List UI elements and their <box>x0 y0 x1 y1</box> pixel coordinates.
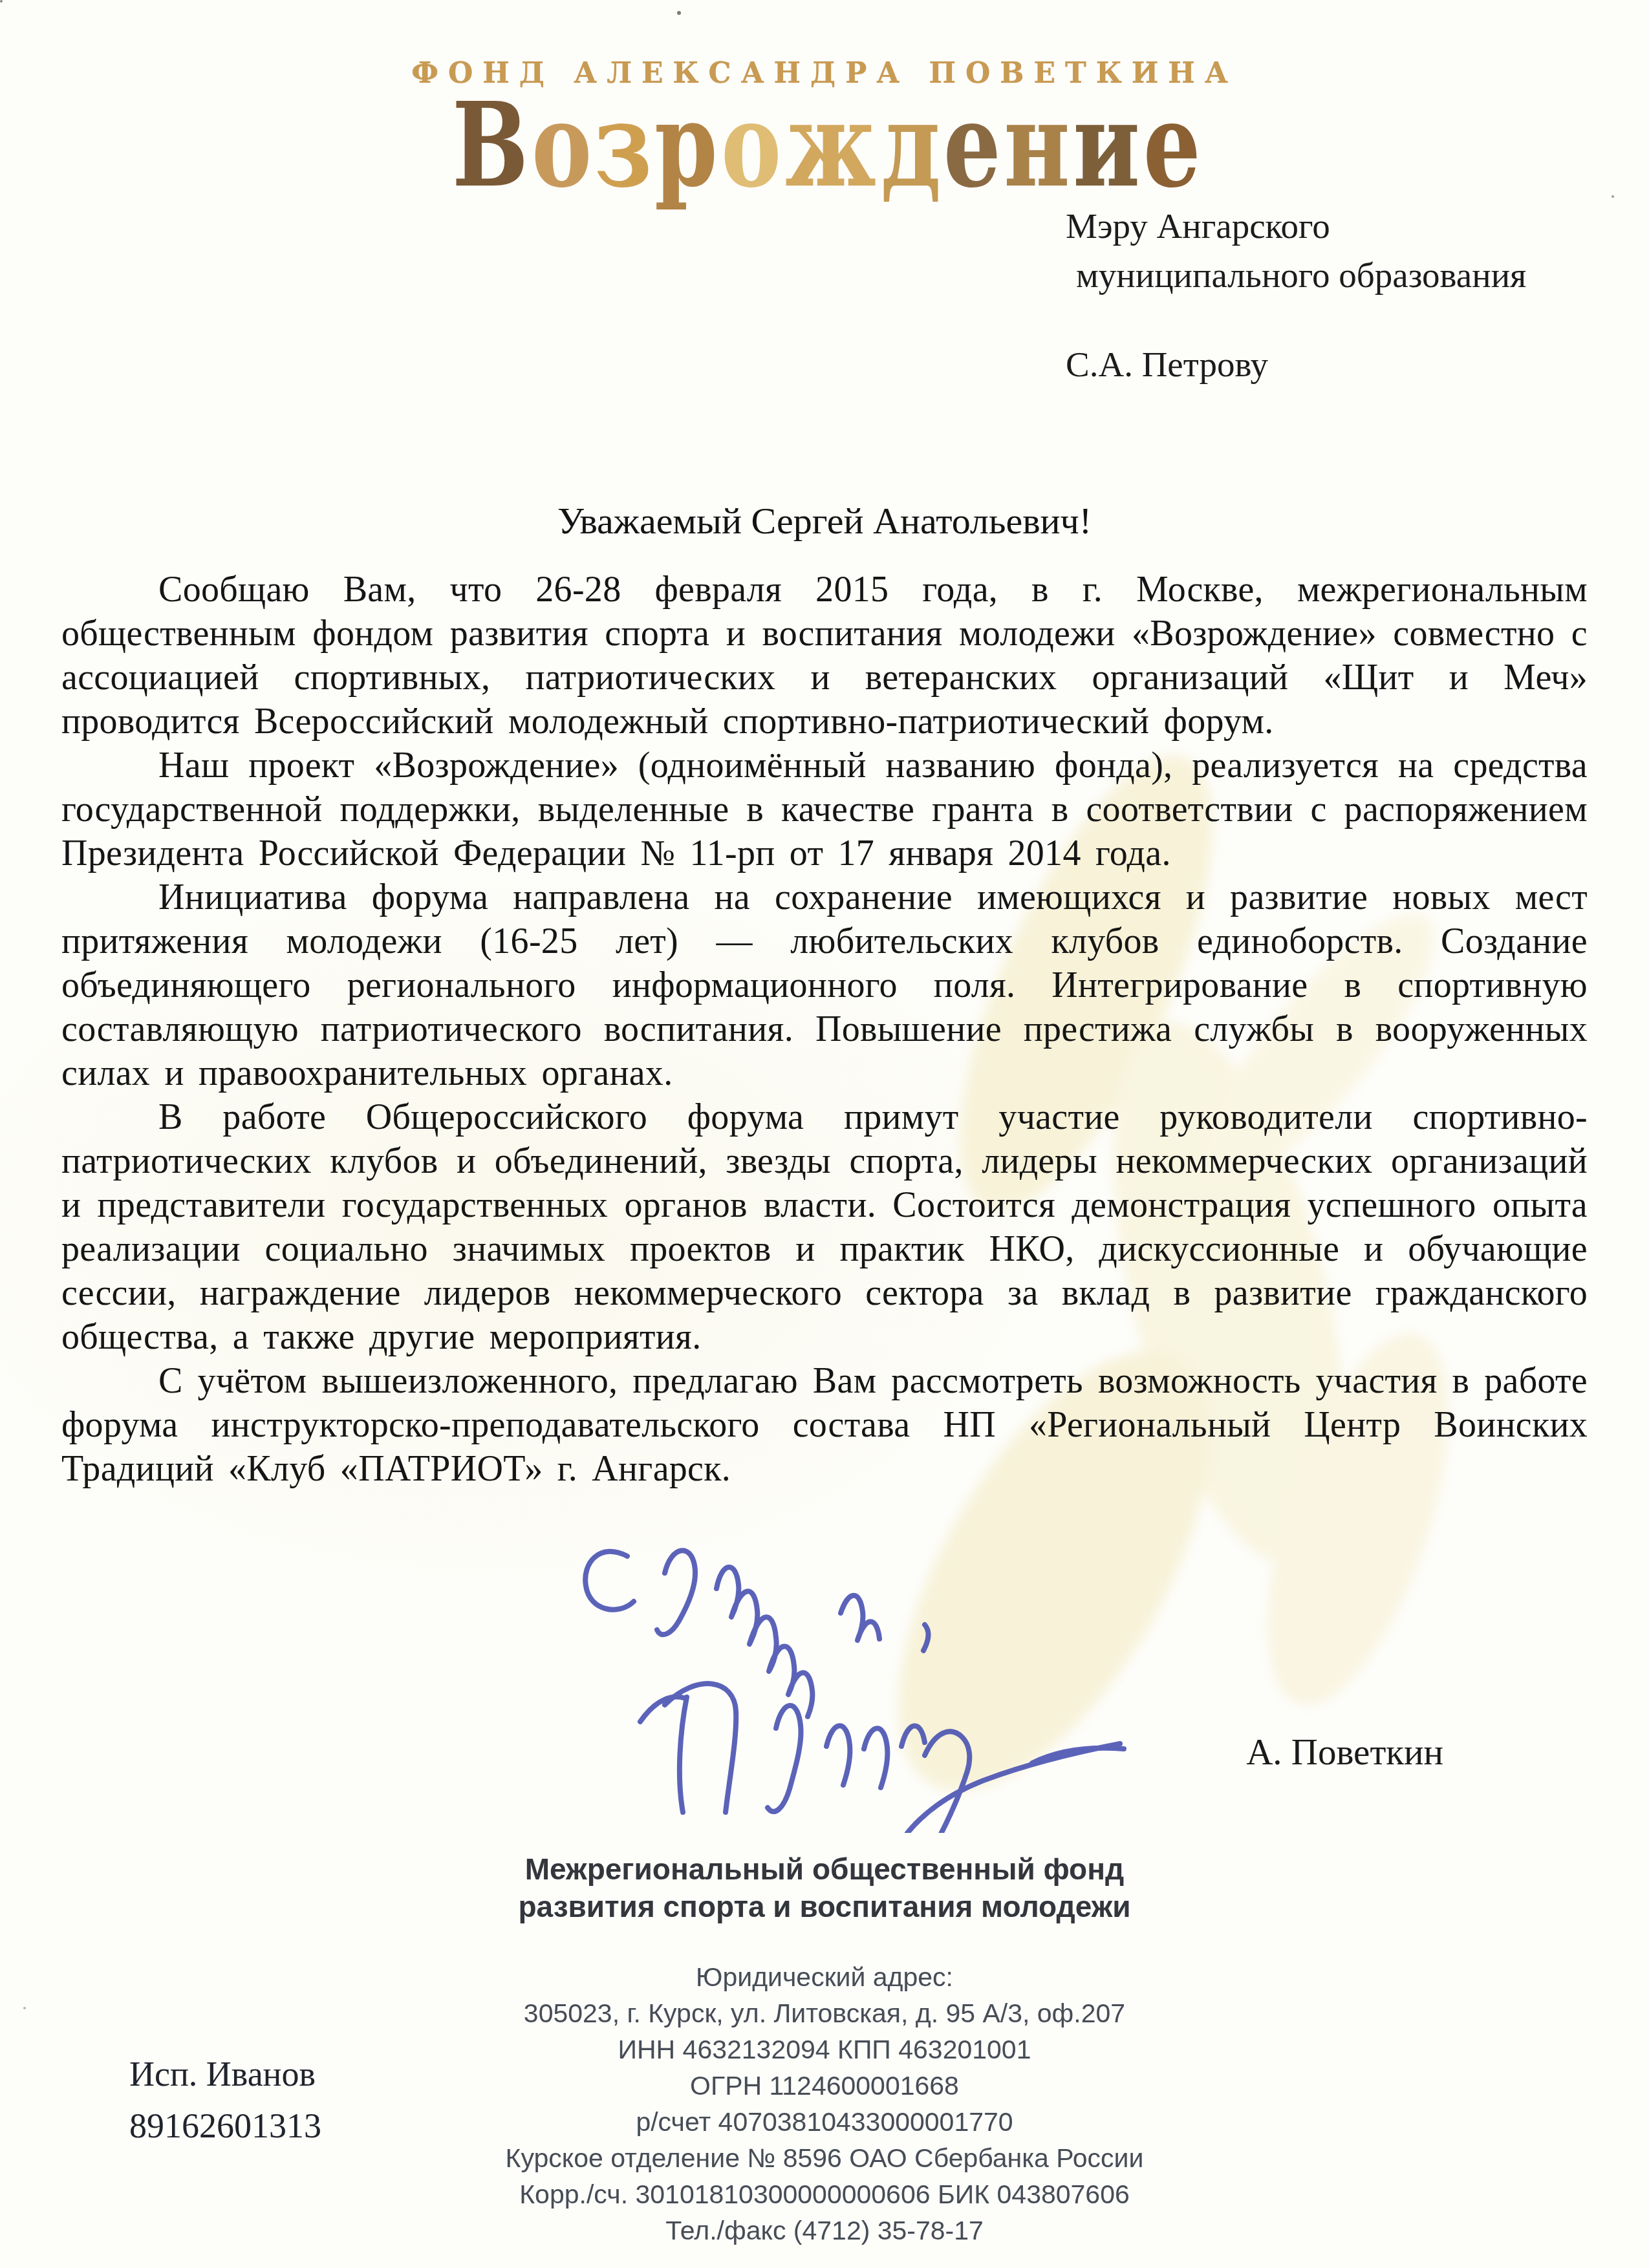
signer-name: А. Поветкин <box>1246 1731 1443 1773</box>
paragraph-4: В работе Общероссийского форума примут у… <box>61 1095 1588 1359</box>
logo-word-vozrozhdenie: Возрождение <box>0 81 1649 208</box>
paragraph-2: Наш проект «Возрождение» (одноимённый на… <box>61 744 1588 875</box>
paragraph-1: Сообщаю Вам, что 26-28 февраля 2015 года… <box>61 568 1588 744</box>
paragraph-5: С учётом вышеизложенного, предлагаю Вам … <box>61 1359 1588 1491</box>
recipient-line-1: Мэру Ангарского <box>1066 202 1526 251</box>
executor-block: Исп. Иванов 89162601313 <box>129 2048 321 2152</box>
recipient-name: С.А. Петрову <box>1066 340 1526 389</box>
phone-fax: Тел./факс (4712) 35-78-17 <box>0 2212 1649 2249</box>
foundation-logo: ФОНД АЛЕКСАНДРА ПОВЕТКИНА Возрождение <box>0 57 1649 189</box>
salutation-line: Уважаемый Сергей Анатольевич! <box>61 499 1588 542</box>
paragraph-3: Инициатива форума направлена на сохранен… <box>61 875 1588 1095</box>
recipient-block: Мэру Ангарского муниципального образован… <box>1066 202 1526 389</box>
corr-account-bik: Корр./сч. 30101810300000000606 БИК 04380… <box>0 2176 1649 2212</box>
scanned-letter-page: { "document": { "ink_color": "#4a53b3", … <box>0 0 1649 2268</box>
org-name-line-2: развития спорта и воспитания молодежи <box>0 1888 1649 1925</box>
executor-name: Исп. Иванов <box>129 2048 321 2100</box>
legal-address: 305023, г. Курск, ул. Литовская, д. 95 А… <box>0 1995 1649 2031</box>
scan-noise-specks <box>0 0 3 3</box>
recipient-line-2: муниципального образования <box>1066 251 1526 300</box>
legal-address-label: Юридический адрес: <box>0 1959 1649 1995</box>
signature-ink-strokes <box>563 1510 1196 1833</box>
letter-body: Сообщаю Вам, что 26-28 февраля 2015 года… <box>61 568 1588 1491</box>
executor-phone: 89162601313 <box>129 2100 321 2152</box>
handwritten-closing-and-signature: С Уважением, <box>563 1510 1196 1833</box>
org-name-line-1: Межрегиональный общественный фонд <box>0 1850 1649 1888</box>
